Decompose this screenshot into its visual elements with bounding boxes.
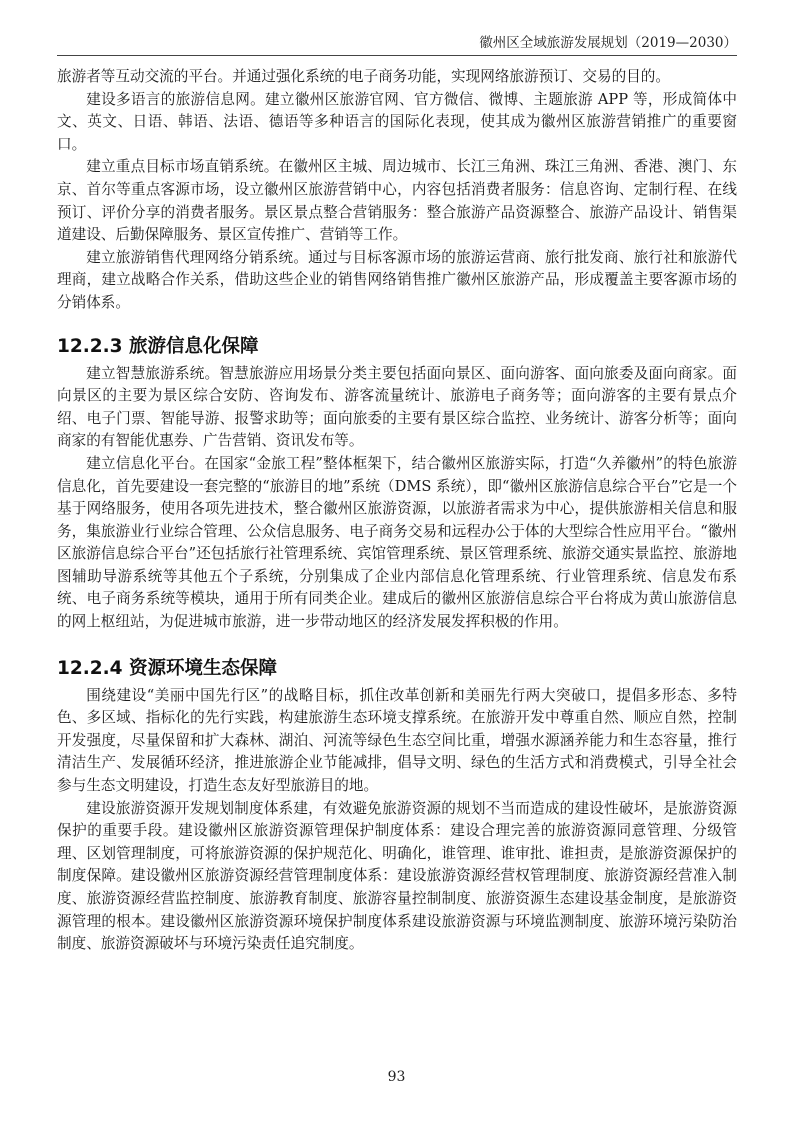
paragraph-info-platform: 建立信息化平台。在国家“金旅工程”整体框架下，结合徽州区旅游实际，打造“久养徽州… (57, 453, 737, 634)
running-header: 徽州区全域旅游发展规划（2019—2030） (57, 33, 737, 56)
paragraph-distribution-system: 建立旅游销售代理网络分销系统。通过与目标客源市场的旅游运营商、旅行批发商、旅行社… (57, 247, 737, 315)
page-number: 93 (0, 1069, 793, 1085)
paragraph-smart-tourism: 建立智慧旅游系统。智慧旅游应用场景分类主要包括面向景区、面向游客、面向旅委及面向… (57, 363, 737, 453)
page-body: 旅游者等互动交流的平台。并通过强化系统的电子商务功能，实现网络旅游预订、交易的目… (57, 66, 737, 956)
paragraph-eco-strategy: 围绕建设“美丽中国先行区”的战略目标，抓住改革创新和美丽先行两大突破口，提倡多形… (57, 685, 737, 798)
paragraph-continued: 旅游者等互动交流的平台。并通过强化系统的电子商务功能，实现网络旅游预订、交易的目… (57, 66, 737, 89)
paragraph-resource-system: 建设旅游资源开发规划制度体系建，有效避免旅游资源的规划不当而造成的建设性破坏，是… (57, 798, 737, 956)
paragraph-multilingual-website: 建设多语言的旅游信息网。建立徽州区旅游官网、官方微信、微博、主题旅游 APP 等… (57, 89, 737, 157)
section-heading-12-2-4: 12.2.4 资源环境生态保障 (57, 656, 737, 682)
section-heading-12-2-3: 12.2.3 旅游信息化保障 (57, 334, 737, 360)
paragraph-direct-marketing: 建立重点目标市场直销系统。在徽州区主城、周边城市、长江三角洲、珠江三角洲、香港、… (57, 156, 737, 246)
document-page: 徽州区全域旅游发展规划（2019—2030） 旅游者等互动交流的平台。并通过强化… (0, 0, 793, 1122)
